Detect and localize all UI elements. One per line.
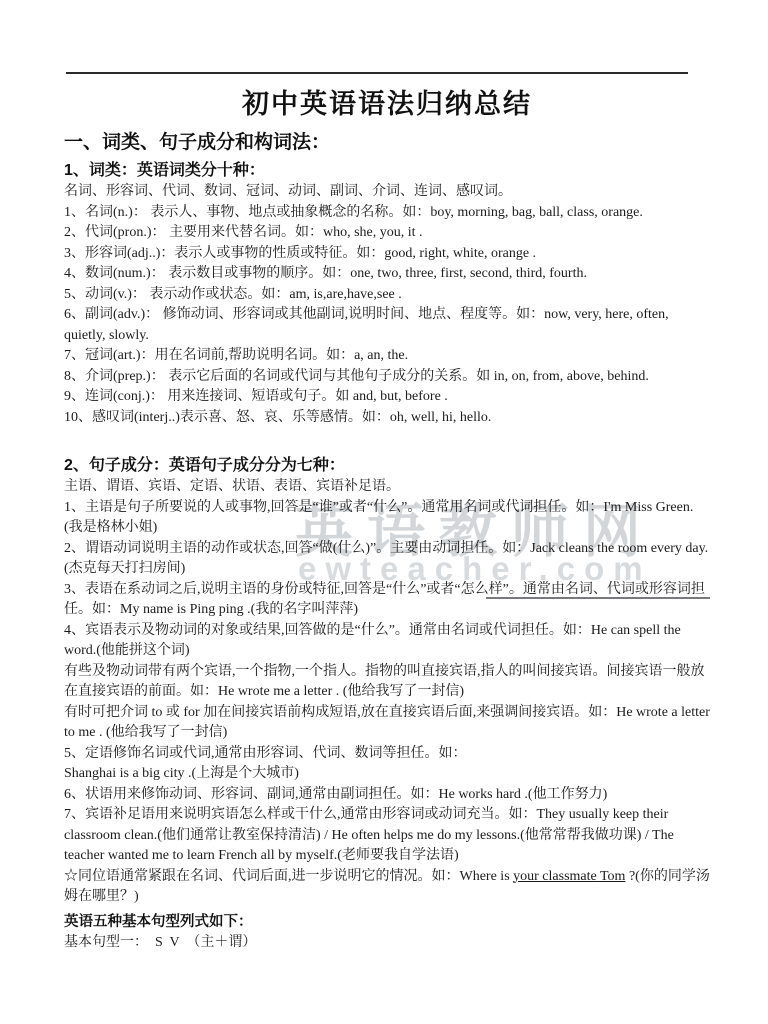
word-class-item-1: 1、名词(n.)： 表示人、事物、地点或抽象概念的名称。如：boy, morni… — [64, 203, 710, 224]
appositive-note-pre: ☆同位语通常紧跟在名词、代词后面,进一步说明它的情况。如：Where is — [64, 869, 513, 884]
section-1-heading: 一、词类、句子成分和构词法： — [64, 127, 710, 154]
word-class-item-2: 2、代词(pron.)： 主要用来代替名词。如：who, she, you, i… — [64, 223, 710, 244]
sentence-patterns-heading: 英语五种基本句型列式如下： — [64, 912, 710, 933]
word-class-item-6: 6、副词(adv.)： 修饰动词、形容词或其他副词,说明时间、地点、程度等。如：… — [64, 305, 710, 346]
sentence-element-paragraph-3: 3、表语在系动词之后,说明主语的身份或特征,回答是“什么”或者“怎么样”。通常由… — [64, 580, 710, 621]
sentence-element-paragraph-8: Shanghai is a big city .(上海是个大城市) — [64, 764, 710, 785]
word-classes-intro: 名词、形容词、代词、数词、冠词、动词、副词、介词、连词、感叹词。 — [64, 182, 710, 203]
document-title: 初中英语语法归纳总结 — [64, 82, 710, 121]
word-class-item-5: 5、动词(v.)： 表示动作或状态。如：am, is,are,have,see … — [64, 285, 710, 306]
word-class-item-10: 10、感叹词(interj..)表示喜、怒、哀、乐等感情。如：oh, well,… — [64, 408, 710, 429]
sentence-elements-heading: 2、句子成分：英语句子成分分为七种： — [64, 452, 710, 475]
appositive-note: ☆同位语通常紧跟在名词、代词后面,进一步说明它的情况。如：Where is yo… — [64, 867, 710, 908]
sentence-element-paragraph-9: 6、状语用来修饰动词、形容词、副词,通常由副词担任。如：He works har… — [64, 785, 710, 806]
sentence-elements-intro: 主语、谓语、宾语、定语、状语、表语、宾语补足语。 — [64, 477, 710, 498]
sentence-element-paragraph-5: 有些及物动词带有两个宾语,一个指物,一个指人。指物的叫直接宾语,指人的叫间接宾语… — [64, 662, 710, 703]
sentence-element-paragraph-1: 1、主语是句子所要说的人或事物,回答是“谁”或者“什么”。通常用名词或代词担任。… — [64, 498, 710, 539]
sentence-element-paragraph-7: 5、定语修饰名词或代词,通常由形容词、代词、数词等担任。如： — [64, 744, 710, 765]
word-class-item-8: 8、介词(prep.)： 表示它后面的名词或代词与其他句子成分的关系。如 in,… — [64, 367, 710, 388]
word-class-item-4: 4、数词(num.)： 表示数目或事物的顺序。如：one, two, three… — [64, 264, 710, 285]
document-content: 初中英语语法归纳总结 一、词类、句子成分和构词法： 1、词类：英语词类分十种： … — [0, 72, 768, 953]
word-class-item-3: 3、形容词(adj..)：表示人或事物的性质或特征。如：good, right,… — [64, 244, 710, 265]
sentence-element-paragraph-6: 有时可把介词 to 或 for 加在间接宾语前构成短语,放在直接宾语后面,来强调… — [64, 703, 710, 744]
sentence-element-paragraph-2: 2、谓语动词说明主语的动作或状态,回答“做(什么)”。主要由动词担任。如：Jac… — [64, 539, 710, 580]
appositive-underlined-name: Tom — [600, 869, 625, 884]
header-rule — [66, 72, 688, 74]
document-page: 英语教师网 ewteacher.com 初中英语语法归纳总结 一、词类、句子成分… — [0, 0, 768, 1024]
sentence-element-paragraph-4: 4、宾语表示及物动词的对象或结果,回答做的是“什么”。通常由名词或代词担任。如：… — [64, 621, 710, 662]
sentence-element-paragraph-10: 7、宾语补足语用来说明宾语怎么样或干什么,通常由形容词或动词充当。如：They … — [64, 805, 710, 867]
word-class-item-7: 7、冠词(art.)：用在名词前,帮助说明名词。如：a, an, the. — [64, 346, 710, 367]
word-class-item-9: 9、连词(conj.)： 用来连接词、短语或句子。如 and, but, bef… — [64, 387, 710, 408]
sentence-pattern-1: 基本句型一： S V （主＋谓） — [64, 933, 710, 954]
appositive-underlined-phrase: your classmate — [513, 869, 600, 884]
word-classes-heading: 1、词类：英语词类分十种： — [64, 157, 710, 180]
